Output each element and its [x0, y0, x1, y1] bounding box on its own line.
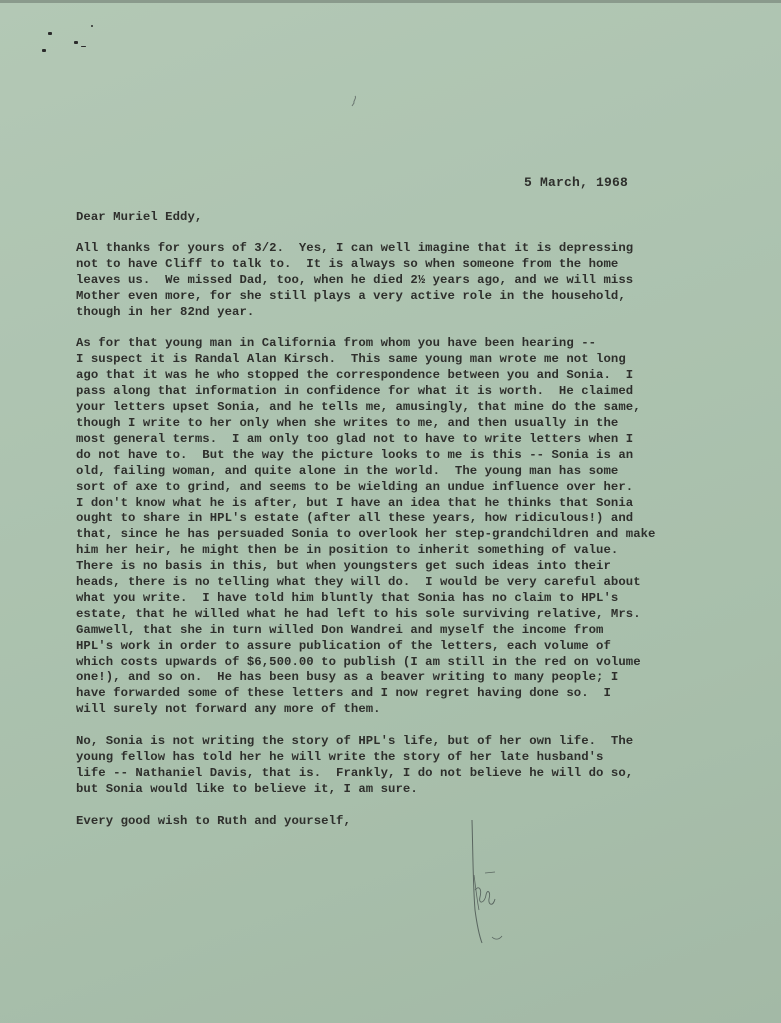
paper-mark [48, 32, 52, 35]
text-line: young fellow has told her he will write … [76, 750, 746, 766]
text-line: heads, there is no telling what they wil… [76, 575, 746, 591]
text-line: your letters upset Sonia, and he tells m… [76, 400, 746, 416]
text-line: him her heir, he might then be in positi… [76, 543, 746, 559]
text-line: Gamwell, that she in turn willed Don Wan… [76, 623, 746, 639]
paper-mark [81, 46, 86, 47]
text-line: most general terms. I am only too glad n… [76, 432, 746, 448]
text-line: I suspect it is Randal Alan Kirsch. This… [76, 352, 746, 368]
pencil-mark [350, 95, 358, 107]
text-line: leaves us. We missed Dad, too, when he d… [76, 273, 746, 289]
letter-date: 5 March, 1968 [524, 175, 628, 190]
text-line: life -- Nathaniel Davis, that is. Frankl… [76, 766, 746, 782]
text-line: will surely not forward any more of them… [76, 702, 746, 718]
text-line: have forwarded some of these letters and… [76, 686, 746, 702]
text-line: pass along that information in confidenc… [76, 384, 746, 400]
text-line: which costs upwards of $6,500.00 to publ… [76, 655, 746, 671]
text-line: old, failing woman, and quite alone in t… [76, 464, 746, 480]
paper-top-edge [0, 0, 781, 3]
text-line: There is no basis in this, but when youn… [76, 559, 746, 575]
text-line: ought to share in HPL's estate (after al… [76, 511, 746, 527]
text-line: I don't know what he is after, but I hav… [76, 496, 746, 512]
text-line: HPL's work in order to assure publicatio… [76, 639, 746, 655]
paper-mark [42, 49, 46, 52]
text-line: No, Sonia is not writing the story of HP… [76, 734, 746, 750]
text-line: what you write. I have told him bluntly … [76, 591, 746, 607]
text-line: one!), and so on. He has been busy as a … [76, 670, 746, 686]
text-line: sort of axe to grind, and seems to be wi… [76, 480, 746, 496]
text-line: but Sonia would like to believe it, I am… [76, 782, 746, 798]
text-line: estate, that he willed what he had left … [76, 607, 746, 623]
text-line: though I write to her only when she writ… [76, 416, 746, 432]
text-line: though in her 82nd year. [76, 305, 746, 321]
handwritten-signature [455, 815, 525, 950]
text-line: Mother even more, for she still plays a … [76, 289, 746, 305]
paper-mark [74, 41, 78, 44]
letter-body: Dear Muriel Eddy, All thanks for yours o… [76, 210, 746, 830]
text-line: do not have to. But the way the picture … [76, 448, 746, 464]
text-line: All thanks for yours of 3/2. Yes, I can … [76, 241, 746, 257]
closing-line: Every good wish to Ruth and yourself, [76, 814, 746, 830]
text-line: that, since he has persuaded Sonia to ov… [76, 527, 746, 543]
paragraph-1: All thanks for yours of 3/2. Yes, I can … [76, 241, 746, 321]
text-line: ago that it was he who stopped the corre… [76, 368, 746, 384]
salutation: Dear Muriel Eddy, [76, 210, 746, 226]
letter-page: 5 March, 1968 Dear Muriel Eddy, All than… [0, 0, 781, 1023]
text-line: not to have Cliff to talk to. It is alwa… [76, 257, 746, 273]
paragraph-2: As for that young man in California from… [76, 336, 746, 718]
text-line: As for that young man in California from… [76, 336, 746, 352]
paragraph-3: No, Sonia is not writing the story of HP… [76, 734, 746, 798]
paper-mark [91, 25, 93, 27]
